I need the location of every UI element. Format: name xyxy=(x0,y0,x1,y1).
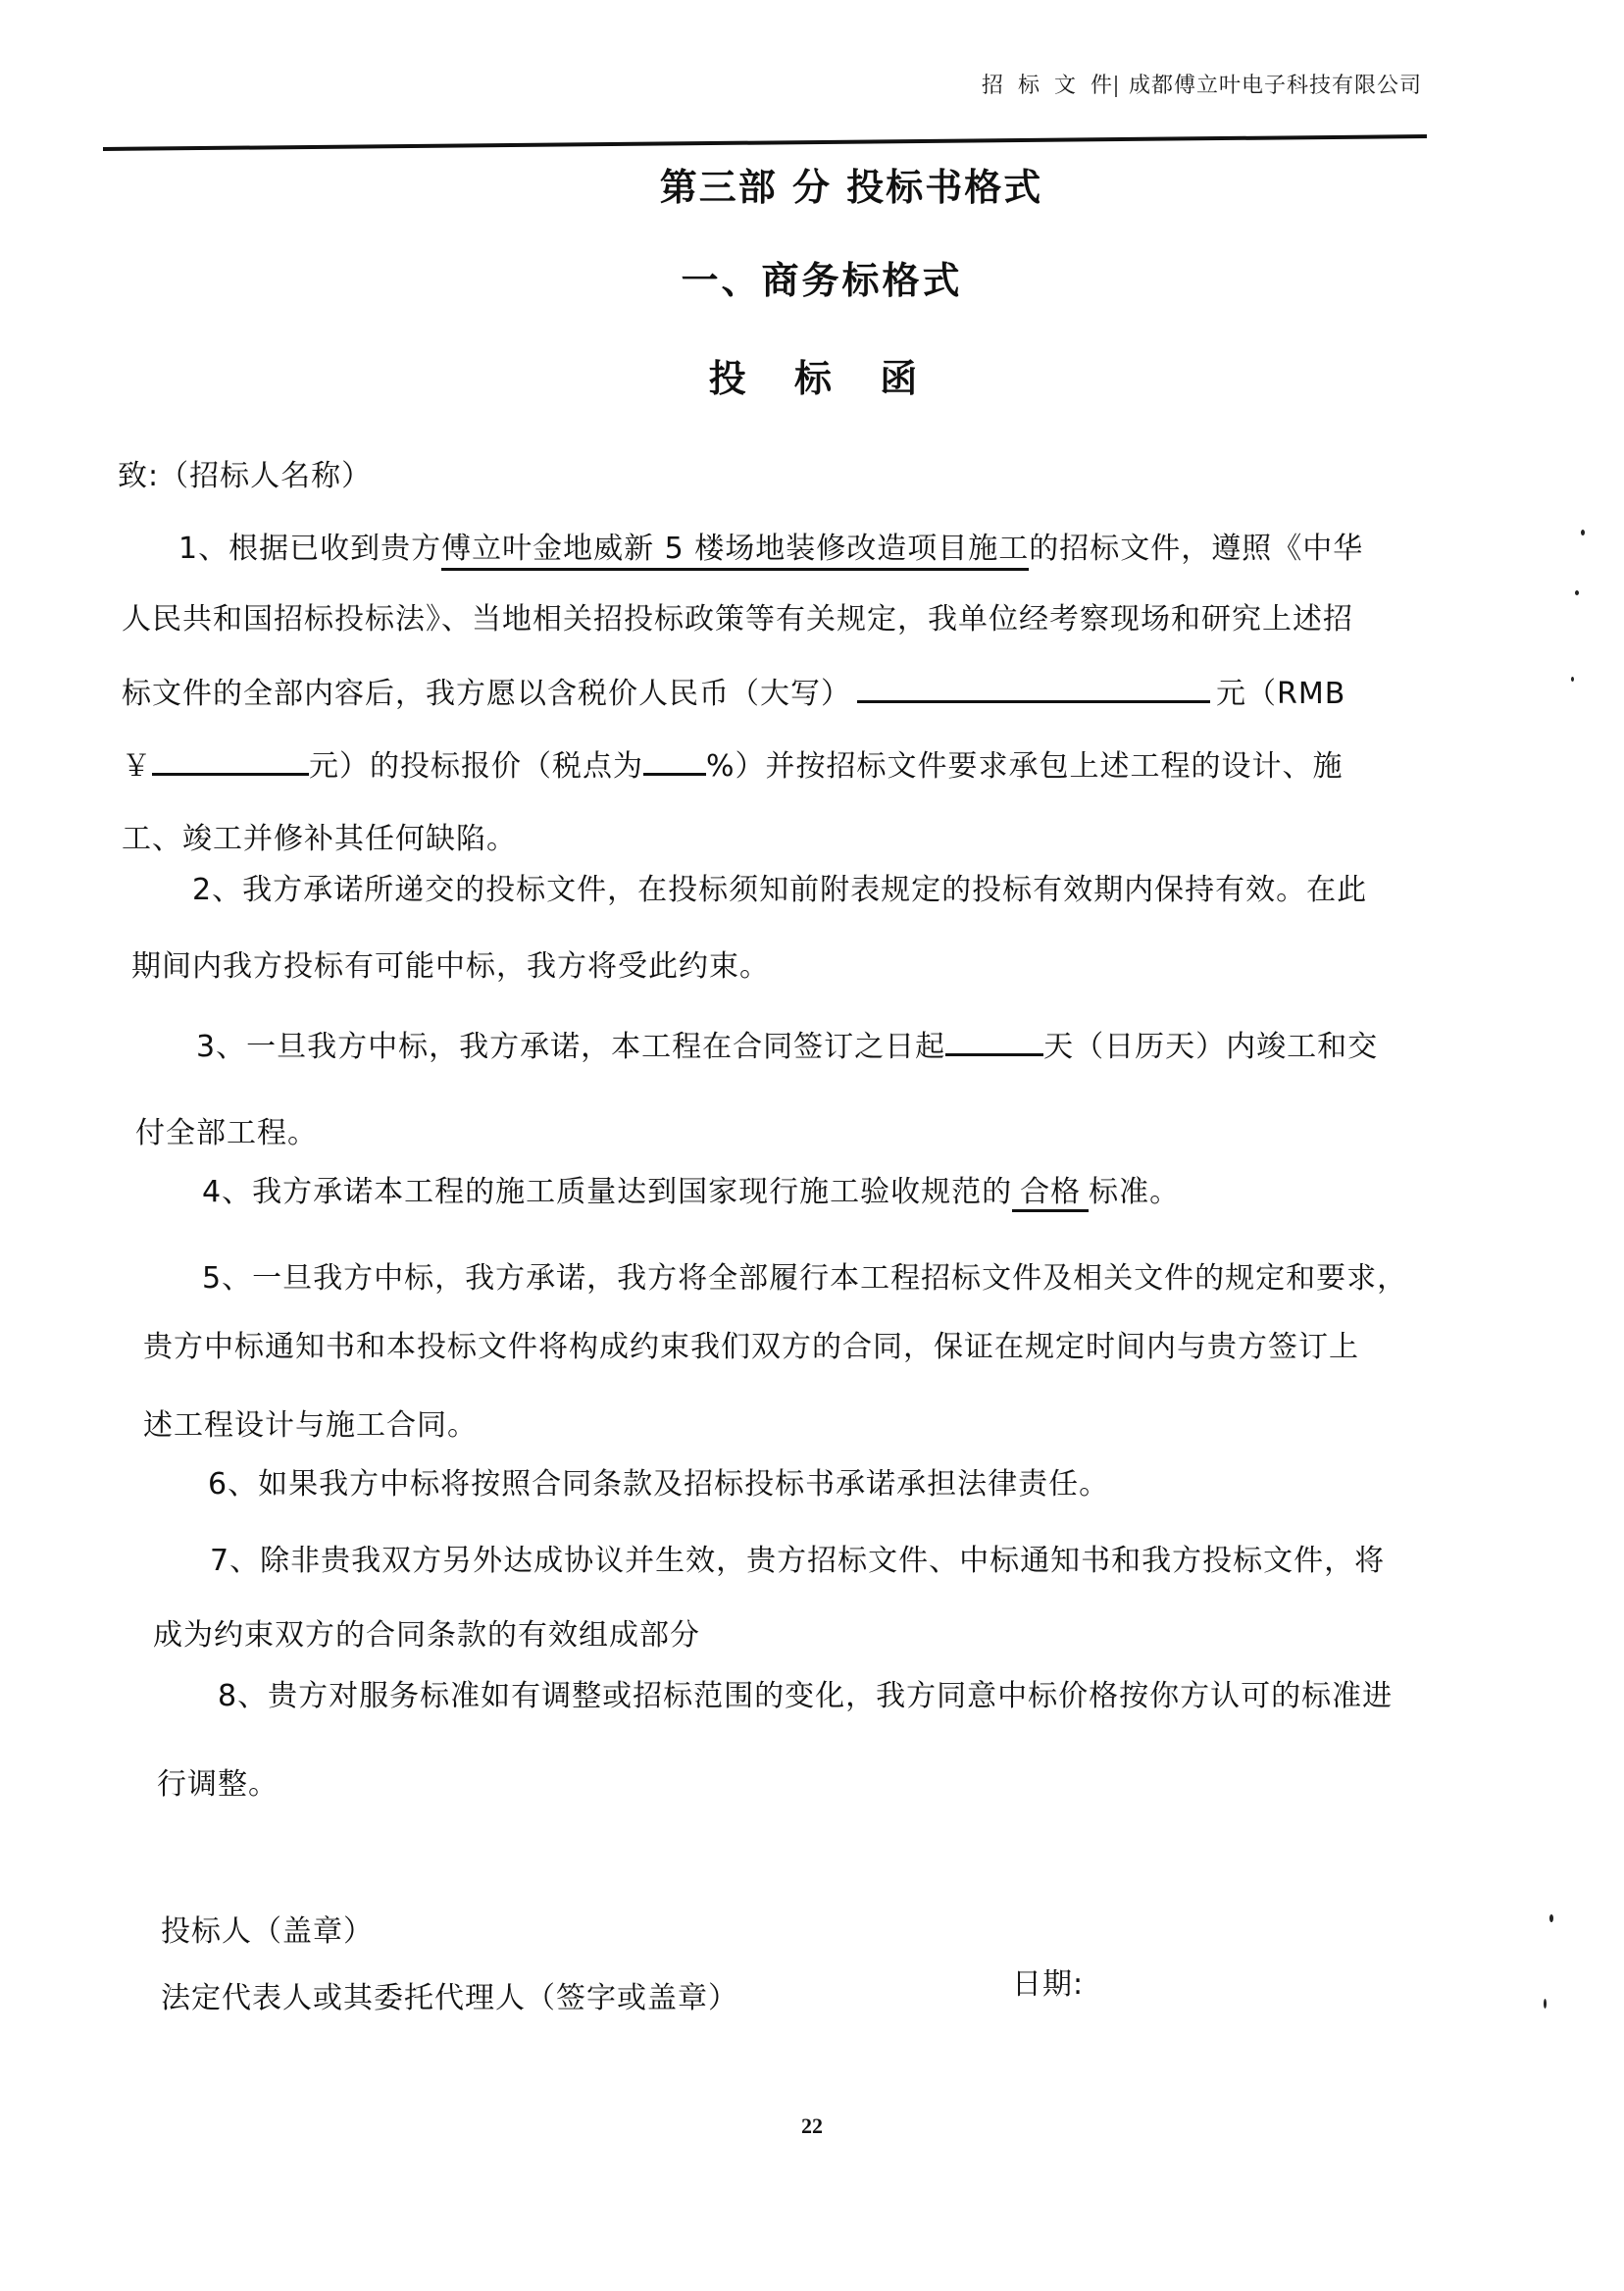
item7-line2: 成为约束双方的合同条款的有效组成部分 xyxy=(153,1616,700,1655)
item3-line1: 3、一旦我方中标，我方承诺，本工程在合同签订之日起天（日历天）内竣工和交 xyxy=(196,1026,1378,1067)
part-title: 第三部 分 投标书格式 xyxy=(39,157,1624,211)
page-header: 招标文件成都傅立叶电子科技有限公司 xyxy=(982,69,1422,99)
amount-in-words-blank[interactable] xyxy=(857,673,1210,703)
date-label: 日期: xyxy=(1012,1965,1084,2005)
item1-line1: 1、根据已收到贵方傅立叶金地威新 5 楼场地装修改造项目施工的招标文件，遵照《中… xyxy=(178,530,1363,569)
bidder-seal-label: 投标人（盖章） xyxy=(161,1912,374,1952)
document-title: 投 标 函 xyxy=(10,348,1624,402)
scan-speck xyxy=(1581,530,1585,535)
quality-standard: 合格 xyxy=(1012,1175,1089,1212)
item7-line1: 7、除非贵我双方另外达成协议并生效，贵方招标文件、中标通知书和我方投标文件，将 xyxy=(210,1542,1385,1581)
header-company: 成都傅立叶电子科技有限公司 xyxy=(1129,74,1422,98)
item8-line2: 行调整。 xyxy=(157,1765,279,1805)
scan-speck xyxy=(1544,1999,1547,2009)
item6-line1: 6、如果我方中标将按照合同条款及招标投标书承诺承担法律责任。 xyxy=(208,1465,1109,1504)
item1-line2: 人民共和国招标投标法》、当地相关招投标政策等有关规定，我单位经考察现场和研究上述… xyxy=(122,600,1353,639)
header-doc-type: 招标文件 xyxy=(982,74,1113,98)
item2-line1: 2、我方承诺所递交的投标文件，在投标须知前附表规定的投标有效期内保持有效。在此 xyxy=(192,871,1367,910)
section-title: 一、商务标格式 xyxy=(10,250,1624,304)
item8-line1: 8、贵方对服务标准如有调整或招标范围的变化，我方同意中标价格按你方认可的标准进 xyxy=(218,1677,1393,1716)
item1-line3: 标文件的全部内容后，我方愿以含税价人民币（大写）元（RMB xyxy=(122,673,1345,714)
item1-line4: ￥元）的投标报价（税点为%）并按招标文件要求承包上述工程的设计、施 xyxy=(122,745,1344,787)
duration-days-blank[interactable] xyxy=(945,1026,1043,1056)
item5-line3: 述工程设计与施工合同。 xyxy=(143,1406,478,1446)
item1-line5: 工、竣工并修补其任何缺陷。 xyxy=(122,820,517,859)
amount-in-figures-blank[interactable] xyxy=(152,745,309,776)
tax-rate-blank[interactable] xyxy=(643,745,706,776)
representative-signature-label: 法定代表人或其委托代理人（签字或盖章） xyxy=(161,1979,738,2018)
header-rule xyxy=(103,134,1427,151)
item5-line1: 5、一旦我方中标，我方承诺，我方将全部履行本工程招标文件及相关文件的规定和要求， xyxy=(202,1259,1407,1298)
item5-line2: 贵方中标通知书和本投标文件将构成约束我们双方的合同，保证在规定时间内与贵方签订上 xyxy=(143,1328,1359,1367)
scan-speck xyxy=(1549,1914,1553,1922)
item3-line2: 付全部工程。 xyxy=(135,1114,318,1153)
document-page: 招标文件成都傅立叶电子科技有限公司 第三部 分 投标书格式 一、商务标格式 投 … xyxy=(0,0,1624,2291)
item4-line1: 4、我方承诺本工程的施工质量达到国家现行施工验收规范的合格标准。 xyxy=(202,1173,1180,1212)
project-name: 傅立叶金地威新 5 楼场地装修改造项目施工 xyxy=(441,532,1029,571)
header-separator xyxy=(1115,76,1117,97)
addressee: 致:（招标人名称） xyxy=(118,457,372,496)
scan-speck xyxy=(1571,677,1574,682)
scan-speck xyxy=(1575,590,1579,595)
page-number: 22 xyxy=(0,2113,1624,2139)
item2-line2: 期间内我方投标有可能中标，我方将受此约束。 xyxy=(131,947,770,987)
